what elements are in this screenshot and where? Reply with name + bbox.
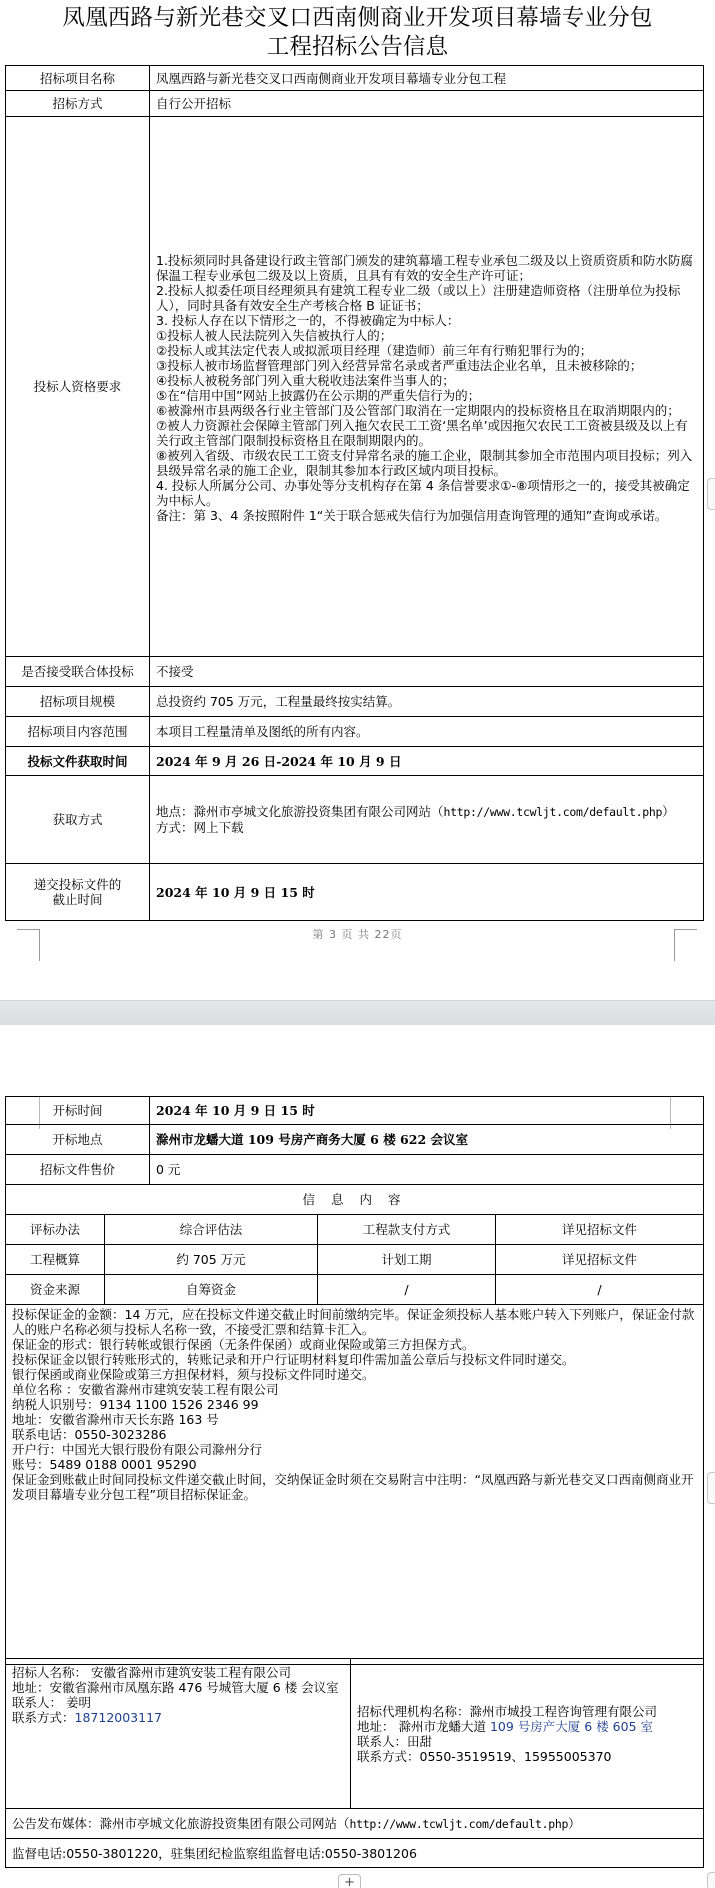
info-header-row: 信 息 内 容 (6, 1185, 704, 1215)
grid-cell: 工程款支付方式 (318, 1215, 496, 1245)
tenderer-phone: 联系方式：18712003117 (12, 1710, 344, 1725)
page-separator (0, 1000, 715, 1027)
deposit-line: 纳税人识别号：9134 1100 1526 2346 99 (12, 1397, 697, 1412)
requirement-line: ②投标人或其法定代表人或拟派项目经理（建造师）前三年有行贿犯罪行为的； (156, 343, 697, 358)
supervision-row: 监督电话:0550-3801220，驻集团纪检监察组监督电话:0550-3801… (6, 1839, 704, 1868)
tender-info-table: 招标项目名称 凤凰西路与新光巷交叉口西南侧商业开发项目幕墙专业分包工程 招标方式… (5, 65, 704, 921)
document-page-3: 凤凰西路与新光巷交叉口西南侧商业开发项目幕墙专业分包 工程招标公告信息 招标项目… (0, 0, 715, 1000)
deposit-line: 开户行：中国光大银行股份有限公司滁州分行 (12, 1442, 697, 1457)
grid-cell: / (496, 1275, 704, 1305)
row-value: 总投资约 705 万元，工程量最终按实结算。 (150, 687, 704, 717)
grid-cell: 约 705 万元 (105, 1245, 318, 1275)
agency-phone: 联系方式：0550-3519519、15955005370 (357, 1749, 697, 1764)
table-row: 招标项目规模 总投资约 705 万元，工程量最终按实结算。 (6, 687, 704, 717)
deposit-line: 联系电话：0550-3023286 (12, 1427, 697, 1442)
row-label: 招标文件售价 (6, 1155, 150, 1185)
row-label: 是否接受联合体投标 (6, 657, 150, 687)
qualification-row: 投标人资格要求 1.投标须同时具备建设行政主管部门颁发的建筑幕墙工程专业承包二级… (6, 117, 704, 657)
tenderer-address: 地址：安徽省滁州市凤凰东路 476 号城管大厦 6 楼 会议室 (12, 1680, 344, 1695)
add-page-button[interactable]: + (338, 1874, 361, 1888)
row-value: 自行公开招标 (150, 91, 704, 117)
row-value: 本项目工程量清单及图纸的所有内容。 (150, 717, 704, 747)
deposit-line: 保证金的形式：银行转帐或银行保函（无条件保函）或商业保险或第三方担保方式。 (12, 1337, 697, 1352)
agency-contact: 联系人：田甜 (357, 1734, 697, 1749)
requirement-line: ⑥被滁州市县两级各行业主管部门及公管部门取消在一定期限内的投标资格且在取消期限内… (156, 403, 697, 418)
info-content-table: 信 息 内 容 评标办法 综合评估法 工程款支付方式 详见招标文件 工程概算 约… (5, 1184, 704, 1665)
grid-cell: 工程概算 (6, 1245, 105, 1275)
opening-info-table: 开标时间 2024 年 10 月 9 日 15 时 开标地点 滁州市龙蟠大道 1… (5, 1096, 704, 1185)
table-row: 工程概算 约 705 万元 计划工期 详见招标文件 (6, 1245, 704, 1275)
deposit-line: 账号：5489 0188 0001 95290 (12, 1457, 697, 1472)
row-label: 招标项目内容范围 (6, 717, 150, 747)
table-row: 资金来源 自筹资金 / / (6, 1275, 704, 1305)
requirement-line: 备注：第 3、4 条按照附件 1“关于联合惩戒失信行为加强信用查询管理的通知”查… (156, 508, 697, 523)
agency-name: 招标代理机构名称：滁州市城投工程咨询管理有限公司 (357, 1704, 697, 1719)
deposit-line: 地址：安徽省滁州市天长东路 163 号 (12, 1412, 697, 1427)
grid-cell: 自筹资金 (105, 1275, 318, 1305)
table-row: 招标项目名称 凤凰西路与新光巷交叉口西南侧商业开发项目幕墙专业分包工程 (6, 66, 704, 91)
deposit-line: 单位名称 ：安徽省滁州市建筑安装工程有限公司 (12, 1382, 697, 1397)
qualification-requirements: 1.投标须同时具备建设行政主管部门颁发的建筑幕墙工程专业承包二级及以上资质资质和… (150, 117, 704, 657)
deadline-row: 递交投标文件的 截止时间 2024 年 10 月 9 日 15 时 (6, 864, 704, 921)
side-panel-handle[interactable] (707, 1872, 715, 1888)
deposit-line: 投标保证金的金额：14 万元，应在投标文件递交截止时间前缴纳完毕。保证金须投标人… (12, 1307, 697, 1337)
document-title: 凤凰西路与新光巷交叉口西南侧商业开发项目幕墙专业分包 工程招标公告信息 (0, 4, 715, 62)
grid-cell: / (318, 1275, 496, 1305)
requirement-line: ④投标人被税务部门列入重大税收违法案件当事人的； (156, 373, 697, 388)
deposit-line: 投标保证金以银行转账形式的，转账记录和开户行证明材料复印件需加盖公章后与投标文件… (12, 1352, 697, 1367)
row-value: 2024 年 10 月 9 日 15 时 (150, 1097, 704, 1125)
publication-media: 公告发布媒体：滁州市亭城文化旅游投资集团有限公司网站（http://www.tc… (6, 1809, 704, 1839)
requirement-line: ⑧被列入省级、市级农民工工资支付异常名录的施工企业，限制其参加全市范围内项目投标… (156, 448, 697, 478)
tenderer-info: 招标人名称： 安徽省滁州市建筑安装工程有限公司 地址：安徽省滁州市凤凰东路 47… (6, 1659, 351, 1809)
info-header: 信 息 内 容 (6, 1185, 704, 1215)
row-value: 0 元 (150, 1155, 704, 1185)
requirement-line: ①投标人被人民法院列入失信被执行人的； (156, 328, 697, 343)
deposit-row: 投标保证金的金额：14 万元，应在投标文件递交截止时间前缴纳完毕。保证金须投标人… (6, 1305, 704, 1665)
requirement-line: ⑤在“信用中国”网站上披露仍在公示期的严重失信行为的； (156, 388, 697, 403)
table-row: 投标文件获取时间 2024 年 9 月 26 日-2024 年 10 月 9 日 (6, 747, 704, 776)
acquisition-location: 地点：滁州市亭城文化旅游投资集团有限公司网站（http://www.tcwljt… (156, 804, 697, 820)
table-row: 招标项目内容范围 本项目工程量清单及图纸的所有内容。 (6, 717, 704, 747)
row-value: 2024 年 9 月 26 日-2024 年 10 月 9 日 (150, 747, 704, 776)
grid-cell: 详见招标文件 (496, 1245, 704, 1275)
side-panel-handle[interactable] (707, 1472, 715, 1504)
deposit-line: 银行保函或商业保险或第三方担保材料，须与投标文件同时递交。 (12, 1367, 697, 1382)
requirement-line: 2.投标人拟委任项目经理须具有建筑工程专业二级（或以上）注册建造师资格（注册单位… (156, 283, 697, 313)
side-panel-handle[interactable] (707, 478, 715, 510)
row-label: 获取方式 (6, 776, 150, 864)
media-row: 公告发布媒体：滁州市亭城文化旅游投资集团有限公司网站（http://www.tc… (6, 1809, 704, 1839)
row-label: 招标项目规模 (6, 687, 150, 717)
requirement-line: ⑦被人力资源社会保障主管部门列入拖欠农民工工资‘黑名单’或因拖欠农民工工资被县级… (156, 418, 697, 448)
row-value: 凤凰西路与新光巷交叉口西南侧商业开发项目幕墙专业分包工程 (150, 66, 704, 91)
agency-info: 招标代理机构名称：滁州市城投工程咨询管理有限公司 地址： 滁州市龙蟠大道 109… (351, 1659, 704, 1809)
table-row: 开标时间 2024 年 10 月 9 日 15 时 (6, 1097, 704, 1125)
contacts-table: 招标人名称： 安徽省滁州市建筑安装工程有限公司 地址：安徽省滁州市凤凰东路 47… (5, 1658, 704, 1868)
title-line-1: 凤凰西路与新光巷交叉口西南侧商业开发项目幕墙专业分包 (0, 4, 715, 33)
table-row: 评标办法 综合评估法 工程款支付方式 详见招标文件 (6, 1215, 704, 1245)
table-row: 招标文件售价 0 元 (6, 1155, 704, 1185)
grid-cell: 综合评估法 (105, 1215, 318, 1245)
row-label: 招标项目名称 (6, 66, 150, 91)
requirement-line: 1.投标须同时具备建设行政主管部门颁发的建筑幕墙工程专业承包二级及以上资质资质和… (156, 253, 697, 283)
table-row: 是否接受联合体投标 不接受 (6, 657, 704, 687)
requirement-line: 3. 投标人存在以下情形之一的，不得被确定为中标人： (156, 313, 697, 328)
row-value: 不接受 (150, 657, 704, 687)
grid-cell: 详见招标文件 (496, 1215, 704, 1245)
tenderer-contact: 联系人： 姜明 (12, 1695, 344, 1710)
deposit-line: 保证金到账截止时间同投标文件递交截止时间，交纳保证金时须在交易附言中注明：“凤凰… (12, 1472, 697, 1502)
row-value: 2024 年 10 月 9 日 15 时 (150, 864, 704, 921)
agency-address: 地址： 滁州市龙蟠大道 109 号房产大厦 6 楼 605 室 (357, 1719, 697, 1734)
acquisition-row: 获取方式 地点：滁州市亭城文化旅游投资集团有限公司网站（http://www.t… (6, 776, 704, 864)
contacts-row: 招标人名称： 安徽省滁州市建筑安装工程有限公司 地址：安徽省滁州市凤凰东路 47… (6, 1659, 704, 1809)
requirement-line: 4. 投标人所属分公司、办事处等分支机构存在第 4 条信誉要求①-⑧项情形之一的… (156, 478, 697, 508)
supervision-phones: 监督电话:0550-3801220，驻集团纪检监察组监督电话:0550-3801… (6, 1839, 704, 1868)
row-label: 递交投标文件的 截止时间 (6, 864, 150, 921)
requirement-line: ③投标人被市场监督管理部门列入经营异常名录或者严重违法企业名单，且未被移除的； (156, 358, 697, 373)
title-line-2: 工程招标公告信息 (0, 33, 715, 62)
table-row: 开标地点 滁州市龙蟠大道 109 号房产商务大厦 6 楼 622 会议室 (6, 1125, 704, 1155)
row-label: 投标人资格要求 (6, 117, 150, 657)
grid-cell: 计划工期 (318, 1245, 496, 1275)
row-label: 开标地点 (6, 1125, 150, 1155)
grid-cell: 评标办法 (6, 1215, 105, 1245)
acquisition-details: 地点：滁州市亭城文化旅游投资集团有限公司网站（http://www.tcwljt… (150, 776, 704, 864)
tenderer-name: 招标人名称： 安徽省滁州市建筑安装工程有限公司 (12, 1665, 344, 1680)
website-link[interactable]: http://www.tcwljt.com/default.php (444, 805, 663, 819)
row-value: 滁州市龙蟠大道 109 号房产商务大厦 6 楼 622 会议室 (150, 1125, 704, 1155)
row-label: 招标方式 (6, 91, 150, 117)
acquisition-method: 方式：网上下载 (156, 820, 697, 835)
row-label: 投标文件获取时间 (6, 747, 150, 776)
deposit-details: 投标保证金的金额：14 万元，应在投标文件递交截止时间前缴纳完毕。保证金须投标人… (6, 1305, 704, 1665)
page-indicator: 第 3 页 共 22页 (0, 926, 715, 942)
grid-cell: 资金来源 (6, 1275, 105, 1305)
website-link[interactable]: http://www.tcwljt.com/default.php (350, 1817, 569, 1831)
row-label: 开标时间 (6, 1097, 150, 1125)
table-row: 招标方式 自行公开招标 (6, 91, 704, 117)
